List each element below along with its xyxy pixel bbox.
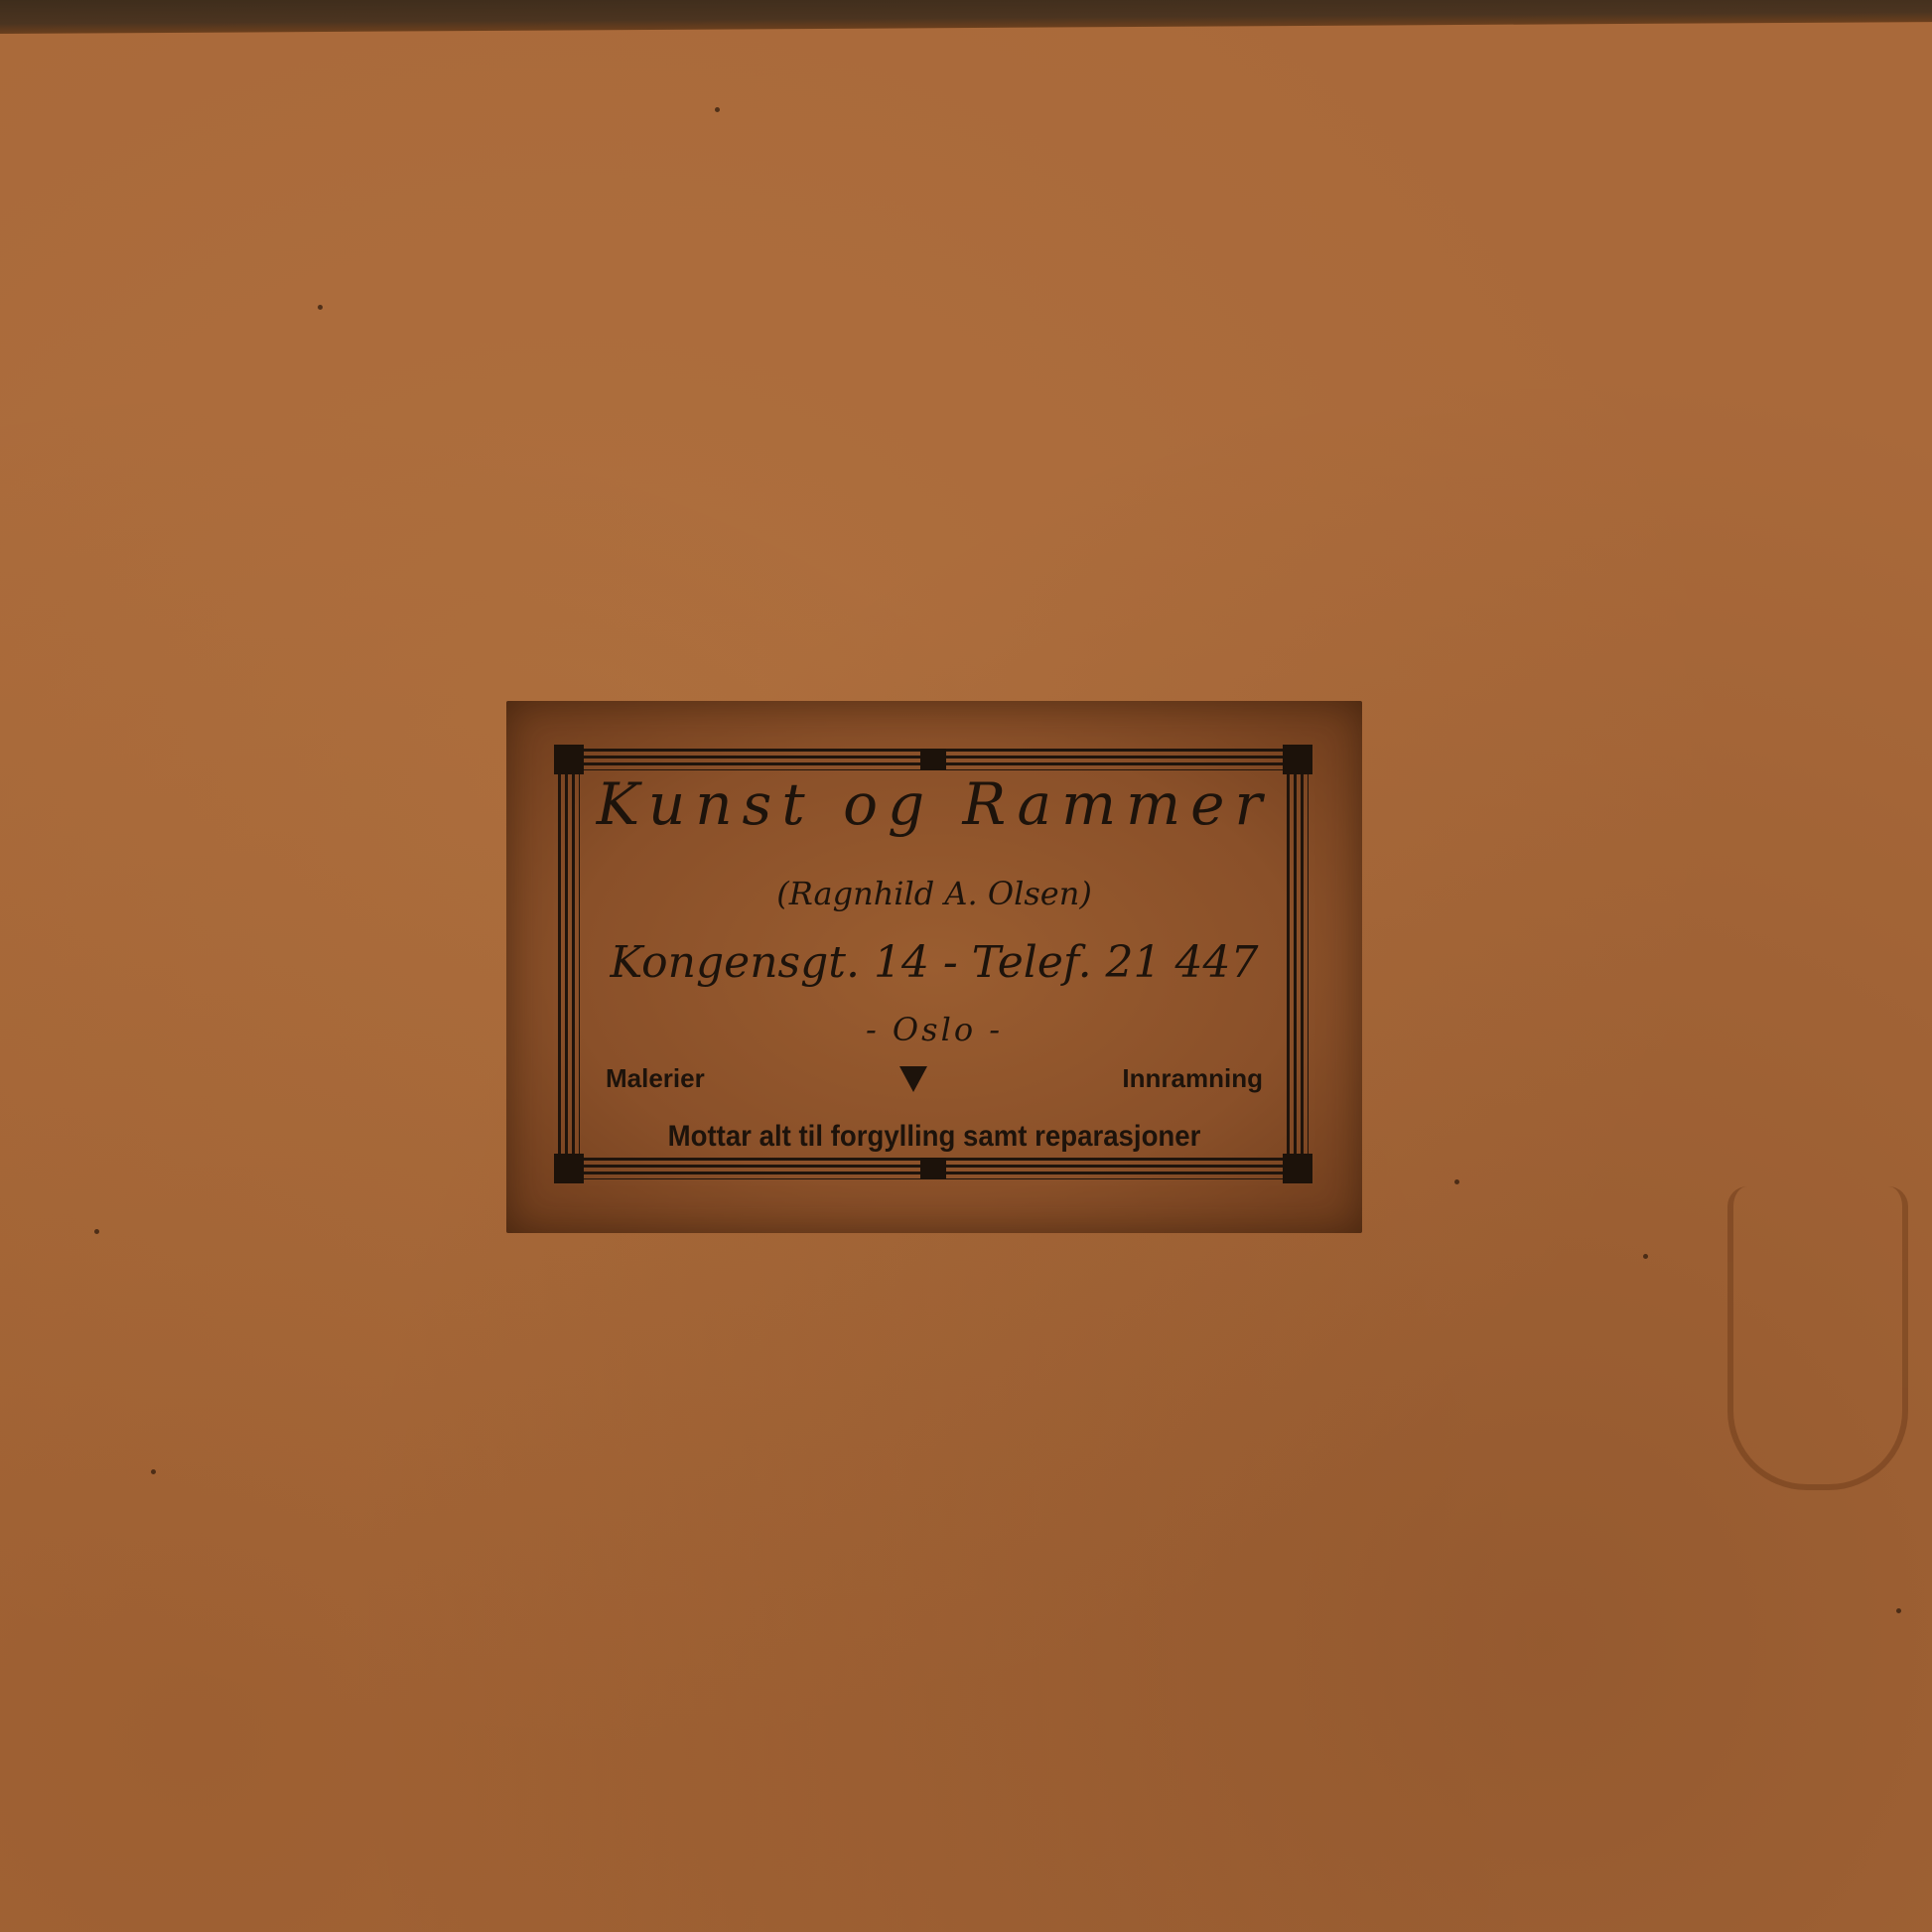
- frame-top-edge: [0, 0, 1932, 34]
- label-title: Kunst og Rammer: [506, 770, 1362, 838]
- speck: [151, 1469, 156, 1474]
- mid-square: [920, 749, 946, 770]
- framer-label: Kunst og Rammer (Ragnhild A. Olsen) Kong…: [506, 701, 1362, 1233]
- services-row: Malerier Innramning: [606, 1063, 1263, 1094]
- corner-square: [1283, 1154, 1312, 1183]
- speck: [715, 107, 720, 112]
- service-paintings: Malerier: [606, 1063, 705, 1094]
- speck: [1454, 1179, 1459, 1184]
- triangle-down-icon: [899, 1066, 927, 1092]
- speck: [318, 305, 323, 310]
- service-framing: Innramning: [1122, 1063, 1263, 1094]
- stain-ring: [1727, 1186, 1908, 1490]
- mid-square: [920, 1158, 946, 1179]
- corner-square: [554, 1154, 584, 1183]
- speck: [1896, 1608, 1901, 1613]
- label-address: Kongensgt. 14 - Telef. 21 447: [506, 937, 1362, 988]
- label-city: - Oslo -: [506, 1011, 1362, 1048]
- label-owner: (Ragnhild A. Olsen): [506, 875, 1362, 912]
- speck: [1643, 1254, 1648, 1259]
- label-tagline: Mottar alt til forgylling samt reparasjo…: [540, 1120, 1327, 1154]
- speck: [94, 1229, 99, 1234]
